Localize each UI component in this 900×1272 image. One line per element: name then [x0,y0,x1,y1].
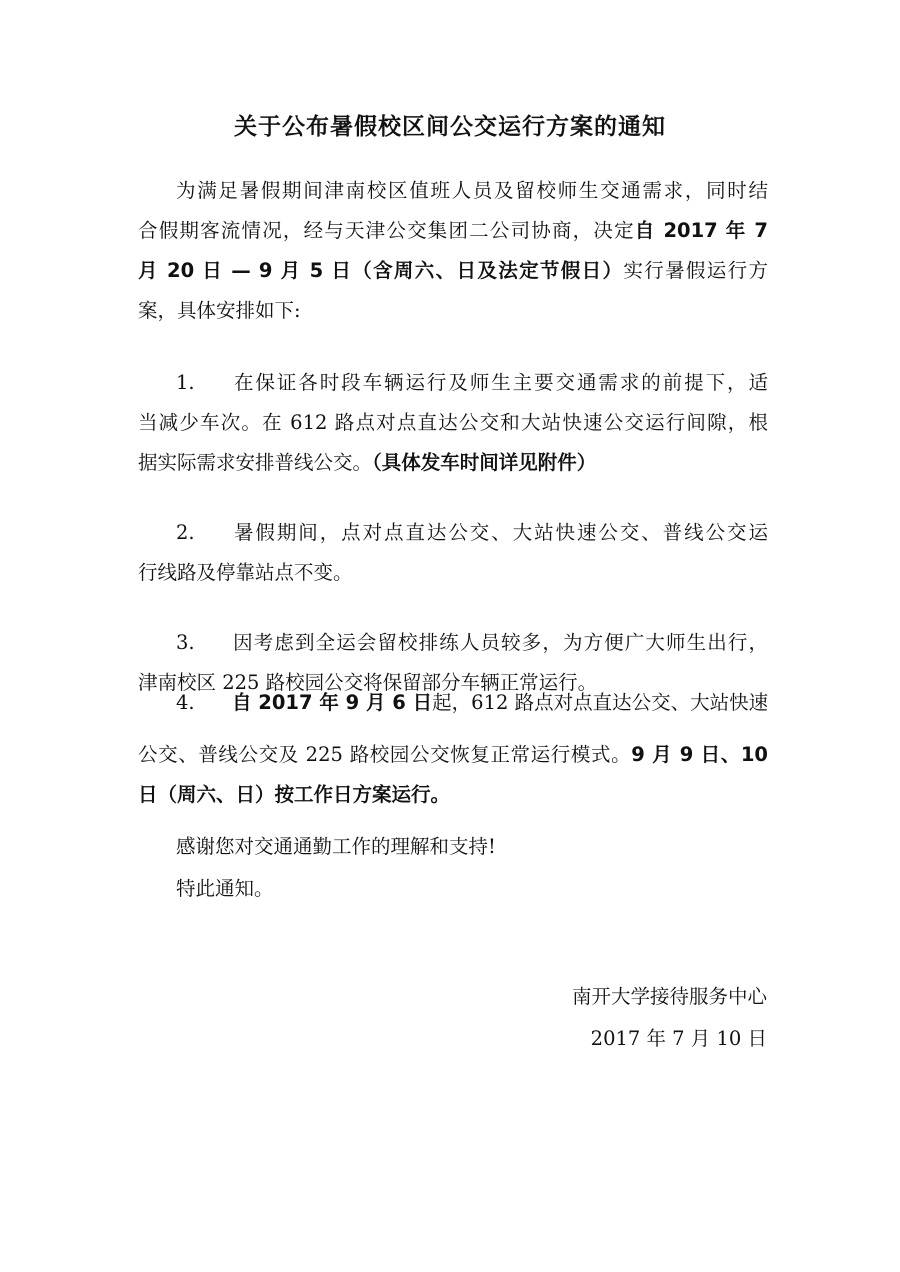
thanks-line: 感谢您对交通通勤工作的理解和支持! [176,834,768,860]
item-1-line-1: 1.在保证各时段车辆运行及师生主要交通需求的前提下，适 [176,370,768,396]
item-1-line-2: 当减少车次。在 612 路点对点直达公交和大站快速公交运行间隙，根 [138,410,768,436]
attachment-note: （具体发车时间详见附件） [372,451,596,474]
item-number: 1. [176,370,232,396]
item-number: 3. [176,630,232,656]
item-number: 4. [176,690,232,716]
resume-date-emphasis: 自 2017 年 9 月 6 日 [232,691,432,714]
document-page: 关于公布暑假校区间公交运行方案的通知 为满足暑假期间津南校区值班人员及留校师生交… [0,0,900,1272]
weekend-date-emphasis: 9 月 9 日、10 [631,743,768,766]
item-4-line-2: 公交、普线公交及 225 路校园公交恢复正常运行模式。9 月 9 日、10 [138,742,768,768]
date-range-emphasis: 月 20 日 — 9 月 5 日（含周六、日及法定节假日） [138,259,623,282]
signature-organization: 南开大学接待服务中心 [572,984,767,1010]
item-number: 2. [176,520,232,546]
item-1-line-3: 据实际需求安排普线公交。（具体发车时间详见附件） [138,450,768,476]
notice-line: 特此通知。 [176,876,768,902]
item-2-line-1: 2.暑假期间，点对点直达公交、大站快速公交、普线公交运 [176,520,768,546]
intro-line-3: 月 20 日 — 9 月 5 日（含周六、日及法定节假日）实行暑假运行方 [138,258,768,284]
intro-line-4: 案，具体安排如下: [138,298,768,324]
start-date-emphasis: 自 2017 年 7 [635,219,768,242]
intro-line-2: 合假期客流情况，经与天津公交集团二公司协商，决定自 2017 年 7 [138,218,768,244]
item-4-line-3: 日（周六、日）按工作日方案运行。 [138,782,768,808]
item-4-line-1: 4.自 2017 年 9 月 6 日起，612 路点对点直达公交、大站快速 [176,690,768,716]
document-title: 关于公布暑假校区间公交运行方案的通知 [0,108,900,141]
item-2-line-2: 行线路及停靠站点不变。 [138,560,768,586]
signature-date: 2017 年 7 月 10 日 [591,1026,767,1052]
item-3-line-1: 3.因考虑到全运会留校排练人员较多，为方便广大师生出行， [176,630,768,656]
intro-line-1: 为满足暑假期间津南校区值班人员及留校师生交通需求，同时结 [176,178,768,204]
